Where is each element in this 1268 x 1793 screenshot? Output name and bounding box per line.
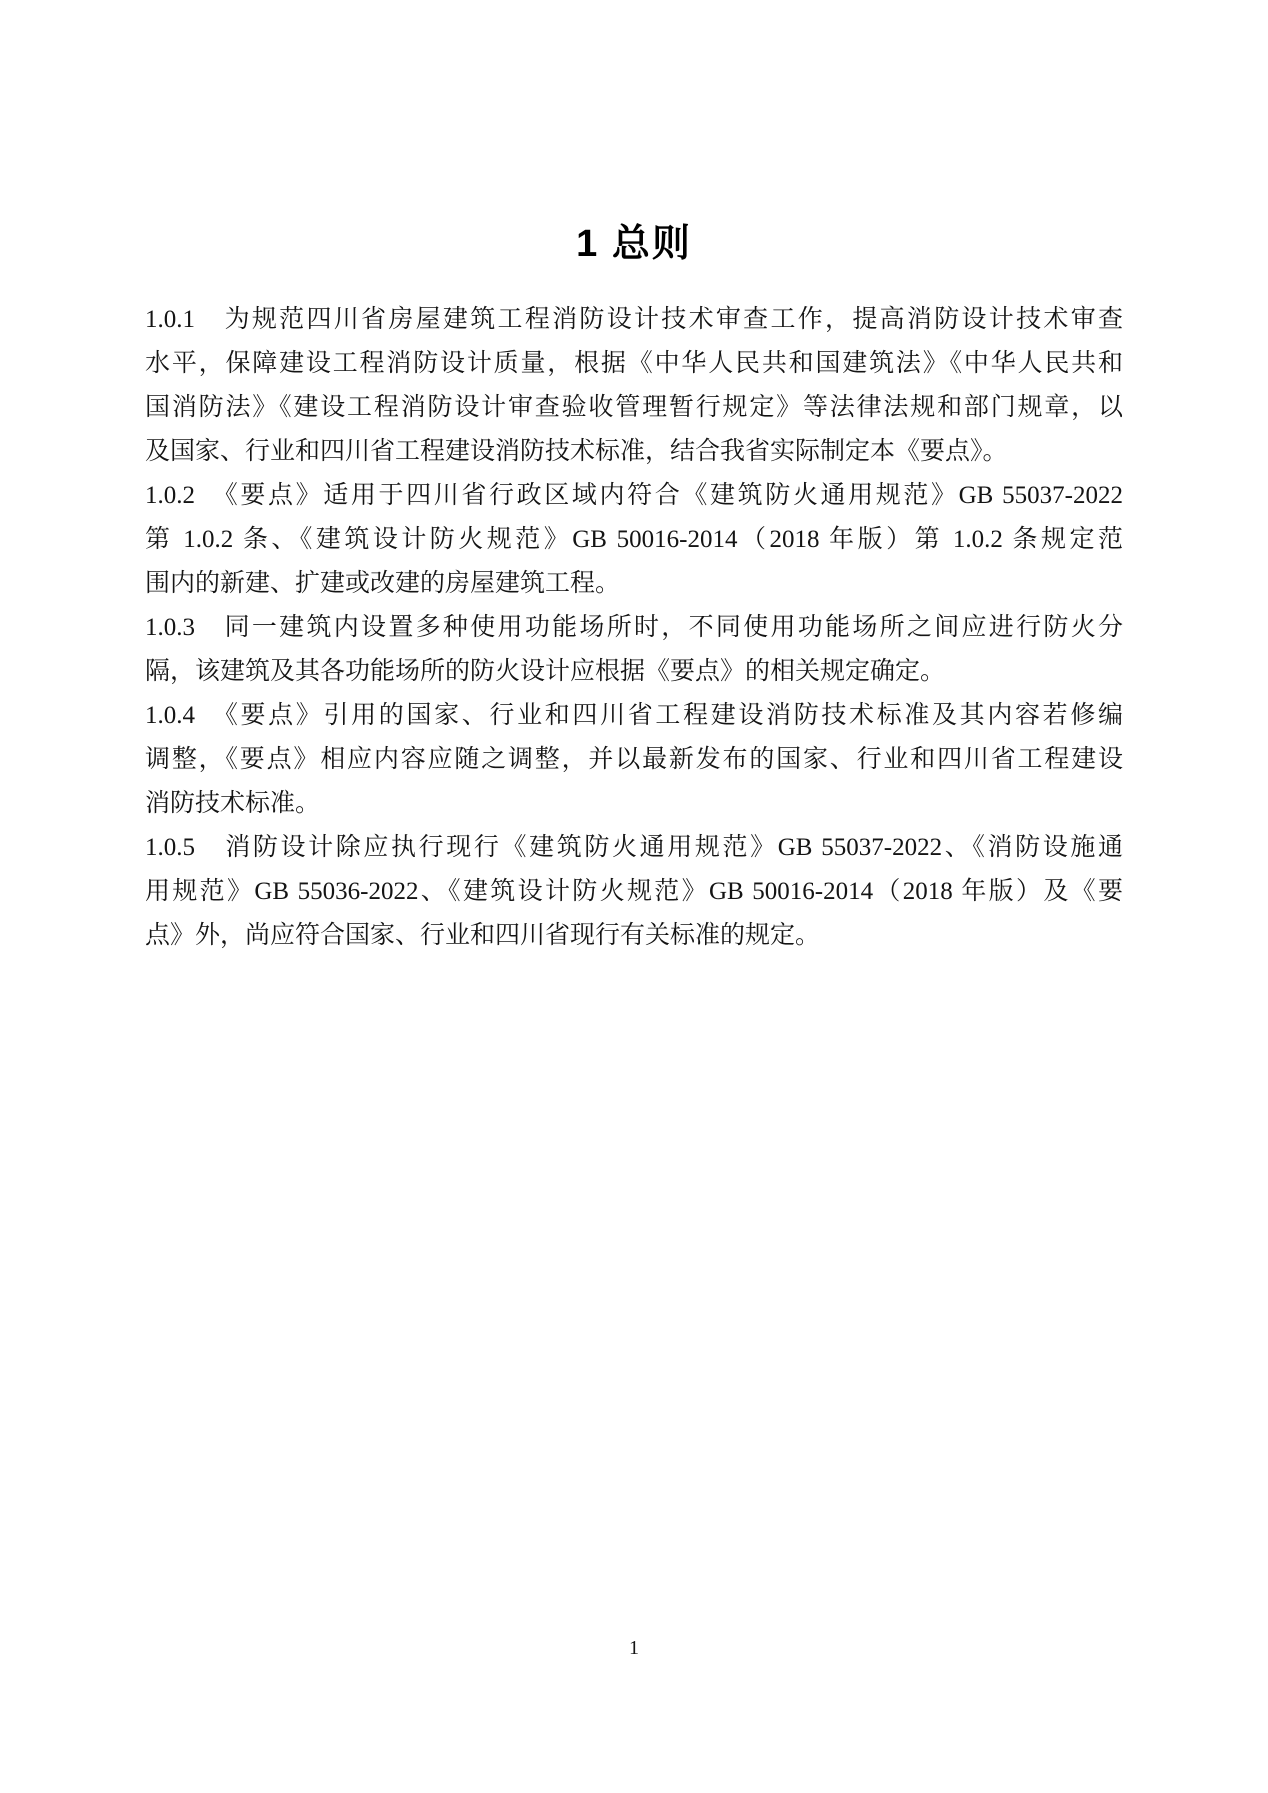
text-line: 1.0.1 为规范四川省房屋建筑工程消防设计技术审查工作，提高消防设计技术审查 (145, 298, 1123, 342)
body-text: 1.0.1 为规范四川省房屋建筑工程消防设计技术审查工作，提高消防设计技术审查水… (145, 298, 1123, 958)
paragraph-1.0.4: 1.0.4 《要点》引用的国家、行业和四川省工程建设消防技术标准及其内容若修编调… (145, 694, 1123, 826)
text-line: 水平，保障建设工程消防设计质量，根据《中华人民共和国建筑法》《中华人民共和 (145, 342, 1123, 386)
text-line: 点》外，尚应符合国家、行业和四川省现行有关标准的规定。 (145, 914, 1123, 958)
paragraph-1.0.3: 1.0.3 同一建筑内设置多种使用功能场所时，不同使用功能场所之间应进行防火分隔… (145, 606, 1123, 694)
text-line: 及国家、行业和四川省工程建设消防技术标准，结合我省实际制定本《要点》。 (145, 430, 1123, 474)
text-line: 1.0.5 消防设计除应执行现行《建筑防火通用规范》GB 55037-2022、… (145, 826, 1123, 870)
text-line: 1.0.4 《要点》引用的国家、行业和四川省工程建设消防技术标准及其内容若修编 (145, 694, 1123, 738)
paragraph-1.0.5: 1.0.5 消防设计除应执行现行《建筑防火通用规范》GB 55037-2022、… (145, 826, 1123, 958)
text-line: 调整，《要点》相应内容应随之调整，并以最新发布的国家、行业和四川省工程建设 (145, 738, 1123, 782)
text-line: 隔，该建筑及其各功能场所的防火设计应根据《要点》的相关规定确定。 (145, 650, 1123, 694)
text-line: 围内的新建、扩建或改建的房屋建筑工程。 (145, 562, 1123, 606)
paragraph-1.0.2: 1.0.2 《要点》适用于四川省行政区域内符合《建筑防火通用规范》GB 5503… (145, 474, 1123, 606)
text-line: 用规范》GB 55036-2022、《建筑设计防火规范》GB 50016-201… (145, 870, 1123, 914)
page-number: 1 (0, 1636, 1268, 1660)
text-line: 1.0.3 同一建筑内设置多种使用功能场所时，不同使用功能场所之间应进行防火分 (145, 606, 1123, 650)
text-line: 1.0.2 《要点》适用于四川省行政区域内符合《建筑防火通用规范》GB 5503… (145, 474, 1123, 518)
page-title: 1 总则 (145, 0, 1123, 268)
paragraph-1.0.1: 1.0.1 为规范四川省房屋建筑工程消防设计技术审查工作，提高消防设计技术审查水… (145, 298, 1123, 474)
text-line: 第 1.0.2 条、《建筑设计防火规范》GB 50016-2014（2018 年… (145, 518, 1123, 562)
text-line: 消防技术标准。 (145, 782, 1123, 826)
document-page: 1 总则 1.0.1 为规范四川省房屋建筑工程消防设计技术审查工作，提高消防设计… (0, 0, 1268, 1793)
text-line: 国消防法》《建设工程消防设计审查验收管理暂行规定》等法律法规和部门规章，以 (145, 386, 1123, 430)
